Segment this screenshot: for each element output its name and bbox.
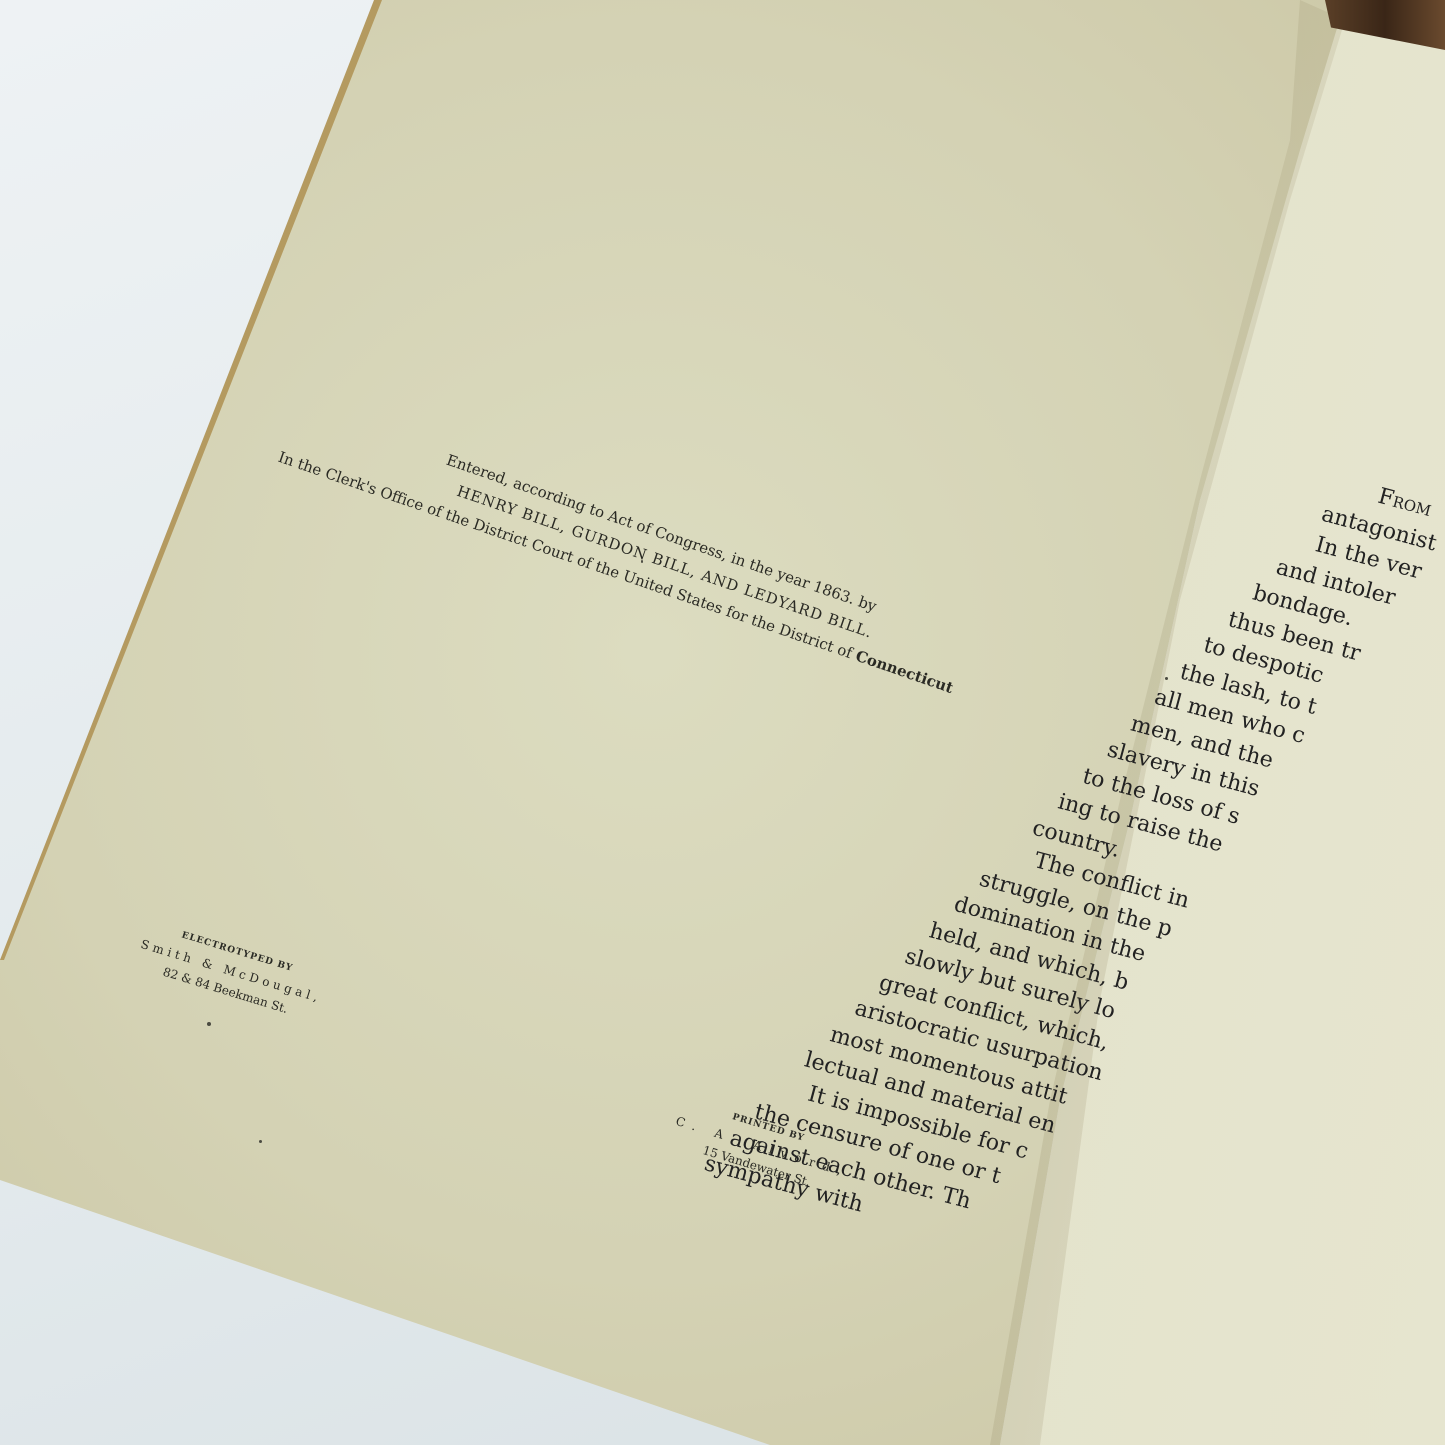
- ink-speck: [207, 1022, 211, 1026]
- book-photo: Entered, according to Act of Congress, i…: [0, 0, 1445, 1445]
- ink-speck: [259, 1140, 262, 1143]
- ink-speck: [641, 560, 643, 563]
